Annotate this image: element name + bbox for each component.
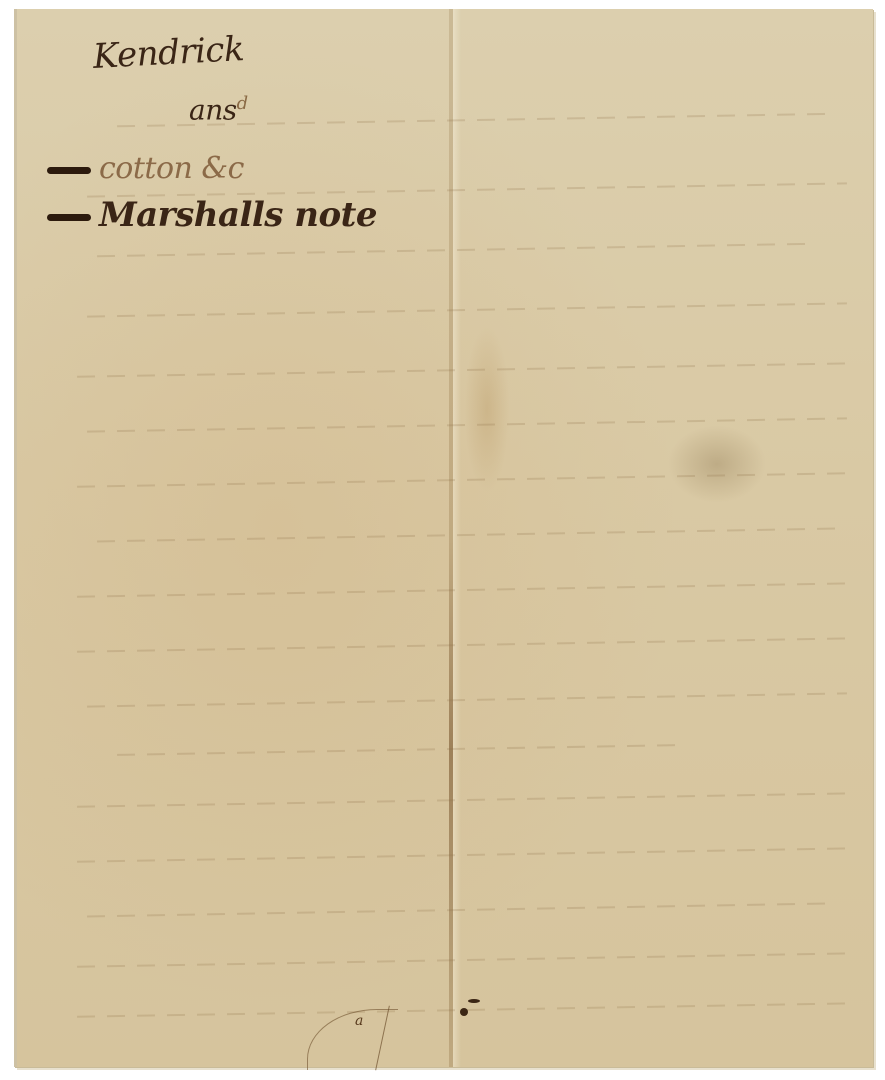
bottom-ink-mark: a (355, 1013, 363, 1029)
dash-mark (47, 214, 91, 221)
docket-answered: ansd (189, 93, 248, 126)
docket-notation: Kendrick ansd cotton &c Marshalls note (47, 23, 467, 243)
docket-name: Kendrick (92, 29, 245, 77)
docket-marshalls-note: Marshalls note (47, 195, 377, 235)
dash-mark (47, 167, 91, 174)
ink-spot (468, 999, 480, 1003)
manuscript-paper: Kendrick ansd cotton &c Marshalls note a (14, 9, 873, 1067)
docket-cotton: cotton &c (47, 151, 244, 186)
ink-spot (460, 1008, 468, 1016)
scan-page: Kendrick ansd cotton &c Marshalls note a (0, 0, 885, 1080)
